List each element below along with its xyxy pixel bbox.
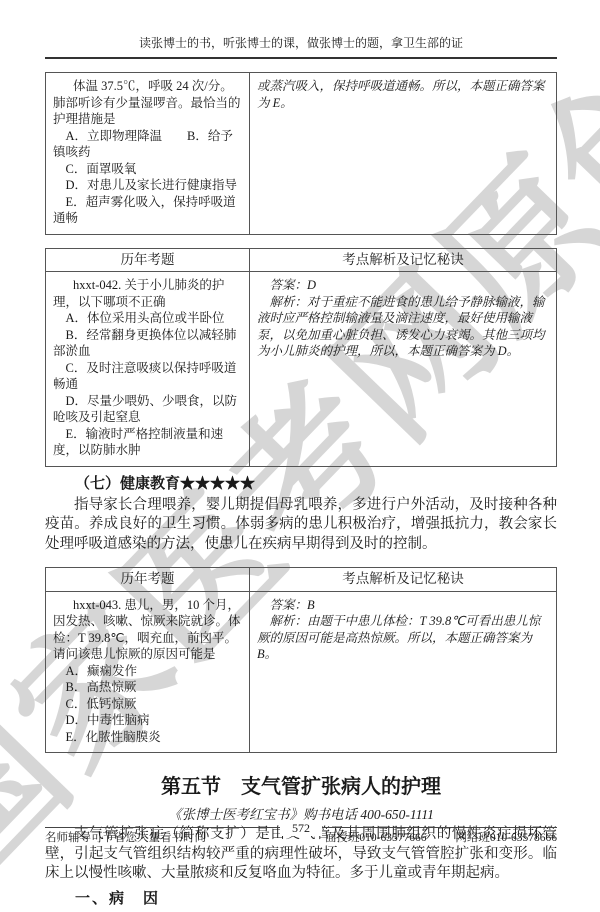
table-row: 体温 37.5℃，呼吸 24 次/分。肺部听诊有少量湿啰音。最恰当的护理措施是 …: [46, 73, 557, 235]
answer-line: 答案：B: [257, 597, 549, 614]
option-e: E．输液时严格控制液量和速度，以防肺水肿: [53, 426, 242, 459]
option-c: C．及时注意吸痰以保持呼吸道畅通: [53, 360, 242, 393]
table-row: hxxt-042. 关于小儿肺炎的护理，以下哪项不正确 A．体位采用头高位或半卧…: [46, 272, 557, 467]
option-d: D．对患儿及家长进行健康指导: [53, 177, 242, 194]
footer-slogan: 名师辅导可节省您大量看书时间: [45, 831, 206, 846]
option-d: D．尽量少喂奶、少喂食，以防呛咳及引起窒息: [53, 393, 242, 426]
analysis-cell: 答案：B 解析：由题干中患儿体检：T 39.8℃可看出患儿惊厥的原因可能是高热惊…: [250, 591, 557, 753]
table-header-row: 历年考题 考点解析及记忆秘诀: [46, 568, 557, 592]
book-page: 国家医考网原创 读张博士的书，听张博士的课，做张博士的题，拿卫生部的证 体温 3…: [0, 0, 600, 912]
footer-phone-classroom: 面授班010-63577666: [325, 832, 427, 844]
column-header-analysis: 考点解析及记忆秘诀: [250, 568, 557, 592]
option-c: C．面罩吸氧: [53, 161, 242, 178]
header-slogan: 读张博士的书，听张博士的课，做张博士的题，拿卫生部的证: [45, 36, 557, 59]
page-content: 读张博士的书，听张博士的课，做张博士的题，拿卫生部的证 体温 37.5℃，呼吸 …: [0, 0, 600, 909]
analysis-text: 解析：由题干中患儿体检：T 39.8℃可看出患儿惊厥的原因可能是高热惊厥。所以，…: [257, 613, 549, 663]
option-b: B．高热惊厥: [53, 679, 242, 696]
option-e: E．超声雾化吸入，保持呼吸道通畅: [53, 194, 242, 227]
page-footer: 572 名师辅导可节省您大量看书时间 面授班010-63577666 网络班01…: [45, 827, 557, 846]
option-c: C．低钙惊厥: [53, 696, 242, 713]
question-table-042: 历年考题 考点解析及记忆秘诀 hxxt-042. 关于小儿肺炎的护理，以下哪项不…: [45, 248, 557, 467]
option-a: A．癫痫发作: [53, 663, 242, 680]
option-d: D．中毒性脑病: [53, 712, 242, 729]
analysis-text: 解析：对于重症不能进食的患儿给予静脉输液，输液时应严格控制输液量及滴注速度，最好…: [257, 294, 549, 360]
section-heading-health-education: （七）健康教育★★★★★: [45, 474, 557, 494]
table-row: hxxt-043. 患儿，男，10 个月，因发热、咳嗽、惊厥来院就诊。体检：T …: [46, 591, 557, 753]
question-table-043: 历年考题 考点解析及记忆秘诀 hxxt-043. 患儿，男，10 个月，因发热、…: [45, 567, 557, 753]
option-a: A．体位采用头高位或半卧位: [53, 310, 242, 327]
option-e: E．化脓性脑膜炎: [53, 729, 242, 746]
subsection-heading-etiology: 一、病 因: [45, 889, 557, 909]
chapter-section-title: 第五节 支气管扩张病人的护理: [45, 774, 557, 800]
question-stem: hxxt-042. 关于小儿肺炎的护理，以下哪项不正确: [53, 277, 242, 310]
question-stem: hxxt-043. 患儿，男，10 个月，因发热、咳嗽、惊厥来院就诊。体检：T …: [53, 597, 242, 663]
question-stem: 体温 37.5℃，呼吸 24 次/分。肺部听诊有少量湿啰音。最恰当的护理措施是: [53, 78, 242, 128]
column-header-analysis: 考点解析及记忆秘诀: [250, 248, 557, 272]
analysis-cell: 或蒸汽吸入，保持呼吸道通畅。所以，本题正确答案为 E。: [250, 73, 557, 235]
column-header-questions: 历年考题: [46, 248, 250, 272]
question-cell: 体温 37.5℃，呼吸 24 次/分。肺部听诊有少量湿啰音。最恰当的护理措施是 …: [46, 73, 250, 235]
footer-phone-online: 网络班010-63578666: [455, 832, 557, 844]
option-b: B．经常翻身更换体位以减轻肺部淤血: [53, 327, 242, 360]
answer-line: 答案：D: [257, 277, 549, 294]
question-cell: hxxt-043. 患儿，男，10 个月，因发热、咳嗽、惊厥来院就诊。体检：T …: [46, 591, 250, 753]
option-a-b: A．立即物理降温 B．给予镇咳药: [53, 128, 242, 161]
table-header-row: 历年考题 考点解析及记忆秘诀: [46, 248, 557, 272]
column-header-questions: 历年考题: [46, 568, 250, 592]
question-table-continuation: 体温 37.5℃，呼吸 24 次/分。肺部听诊有少量湿啰音。最恰当的护理措施是 …: [45, 72, 557, 235]
page-number: 572: [280, 820, 322, 836]
analysis-cell: 答案：D 解析：对于重症不能进食的患儿给予静脉输液，输液时应严格控制输液量及滴注…: [250, 272, 557, 467]
question-cell: hxxt-042. 关于小儿肺炎的护理，以下哪项不正确 A．体位采用头高位或半卧…: [46, 272, 250, 467]
health-education-paragraph: 指导家长合理喂养，婴儿期提倡母乳喂养，多进行户外活动，及时接种各种疫苗。养成良好…: [45, 496, 557, 555]
analysis-continuation: 或蒸汽吸入，保持呼吸道通畅。所以，本题正确答案为 E。: [257, 78, 549, 111]
footer-phones: 面授班010-63577666 网络班010-63578666: [325, 831, 557, 846]
